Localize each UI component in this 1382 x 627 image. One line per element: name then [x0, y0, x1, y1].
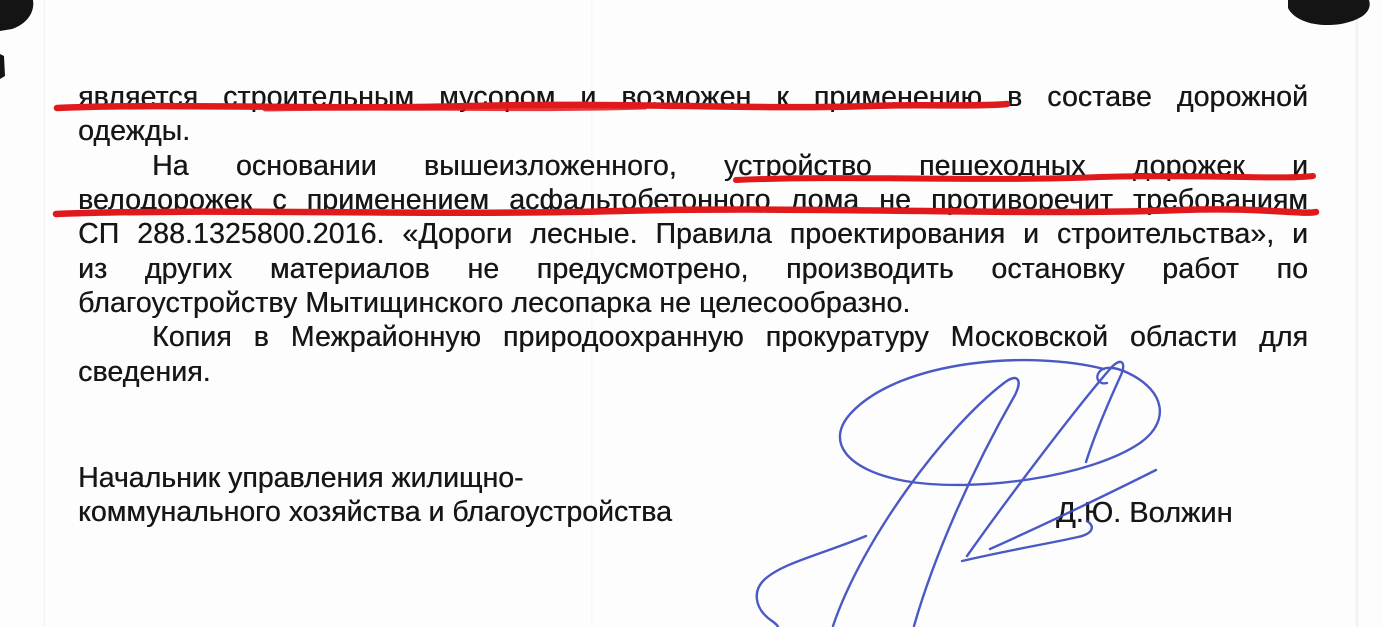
- signature-scribble: [757, 360, 1160, 627]
- scanned-document-page: является строительным мусором и возможен…: [0, 0, 1382, 627]
- body-line-6: из других материалов не предусмотрено, п…: [78, 252, 1308, 286]
- body-line-9: сведения.: [78, 355, 1308, 389]
- body-line-7: благоустройству Мытищинского лесопарка н…: [78, 286, 1308, 320]
- signer-title-line-1: Начальник управления жилищно-: [78, 461, 523, 495]
- body-line-3: На основании вышеизложенного, устройство…: [78, 149, 1308, 183]
- body-line-5: СП 288.1325800.2016. «Дороги лесные. Пра…: [78, 217, 1308, 251]
- signer-title-line-2: коммунального хозяйства и благоустройств…: [78, 495, 672, 529]
- scan-edge-mark-left: [0, 54, 5, 79]
- signer-name: Д.Ю. Волжин: [1056, 497, 1232, 529]
- body-line-8: Копия в Межрайонную природоохранную прок…: [78, 320, 1308, 354]
- scan-corner-mark-top-left: [0, 0, 33, 31]
- scan-corner-mark-top-right: [1288, 0, 1370, 25]
- body-line-2: одежды.: [78, 114, 1308, 148]
- body-line-4: велодорожек с применением асфальтобетонн…: [78, 183, 1308, 217]
- scan-artifacts: [0, 0, 1370, 79]
- body-line-1: является строительным мусором и возможен…: [78, 80, 1308, 114]
